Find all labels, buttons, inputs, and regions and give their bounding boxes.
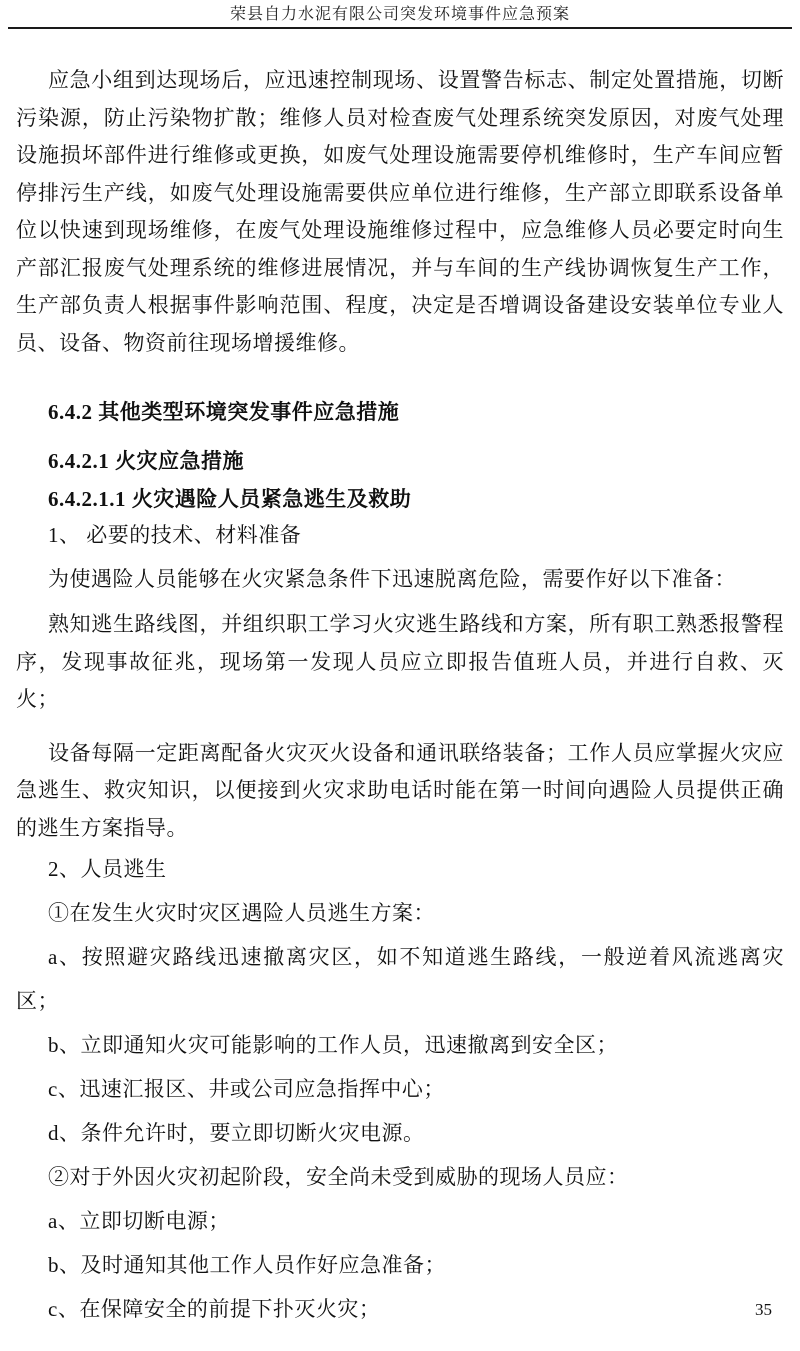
plan2-item-a: a、立即切断电源； [16,1199,784,1243]
plan1-item-d: d、条件允许时，要立即切断火灾电源。 [16,1111,784,1155]
page-number: 35 [755,1300,772,1320]
plan2-item-b: b、及时通知其他工作人员作好应急准备； [16,1243,784,1287]
list-item-1-preparation: 1、 必要的技术、材料准备 [16,513,784,557]
heading-6-4-2: 6.4.2 其他类型环境突发事件应急措施 [16,399,784,425]
heading-6-4-2-1: 6.4.2.1 火灾应急措施 [16,448,784,474]
plan1-item-b: b、立即通知火灾可能影响的工作人员，迅速撤离到安全区； [16,1023,784,1067]
paragraph-emergency-response: 应急小组到达现场后，应迅速控制现场、设置警告标志、制定处置措施，切断污染源，防止… [16,62,784,362]
document-header-title: 荣县自力水泥有限公司突发环境事件应急预案 [0,0,800,24]
heading-6-4-2-1-1: 6.4.2.1.1 火灾遇险人员紧急逃生及救助 [16,486,784,512]
header-divider [8,27,792,29]
list-item-2-personnel-escape: 2、人员逃生 [16,847,784,891]
paragraph-escape-route: 熟知逃生路线图，并组织职工学习火灾逃生路线和方案，所有职工熟悉报警程序，发现事故… [16,606,784,719]
plan2-item-c: c、在保障安全的前提下扑灭火灾； [16,1287,784,1331]
plan1-heading-circled-1: ①在发生火灾时灾区遇险人员逃生方案： [16,891,784,935]
plan1-item-a: a、按照避灾路线迅速撤离灾区，如不知道逃生路线，一般逆着风流逃离灾区； [16,935,784,1023]
paragraph-preparation-intro: 为使遇险人员能够在火灾紧急条件下迅速脱离危险，需要作好以下准备： [16,557,784,601]
plan2-heading-circled-2: ②对于外因火灾初起阶段，安全尚未受到威胁的现场人员应： [16,1155,784,1199]
document-body: 应急小组到达现场后，应迅速控制现场、设置警告标志、制定处置措施，切断污染源，防止… [0,62,800,1331]
plan1-item-c: c、迅速汇报区、井或公司应急指挥中心； [16,1067,784,1111]
paragraph-fire-equipment: 设备每隔一定距离配备火灾灭火设备和通讯联络装备；工作人员应掌握火灾应急逃生、救灾… [16,735,784,848]
